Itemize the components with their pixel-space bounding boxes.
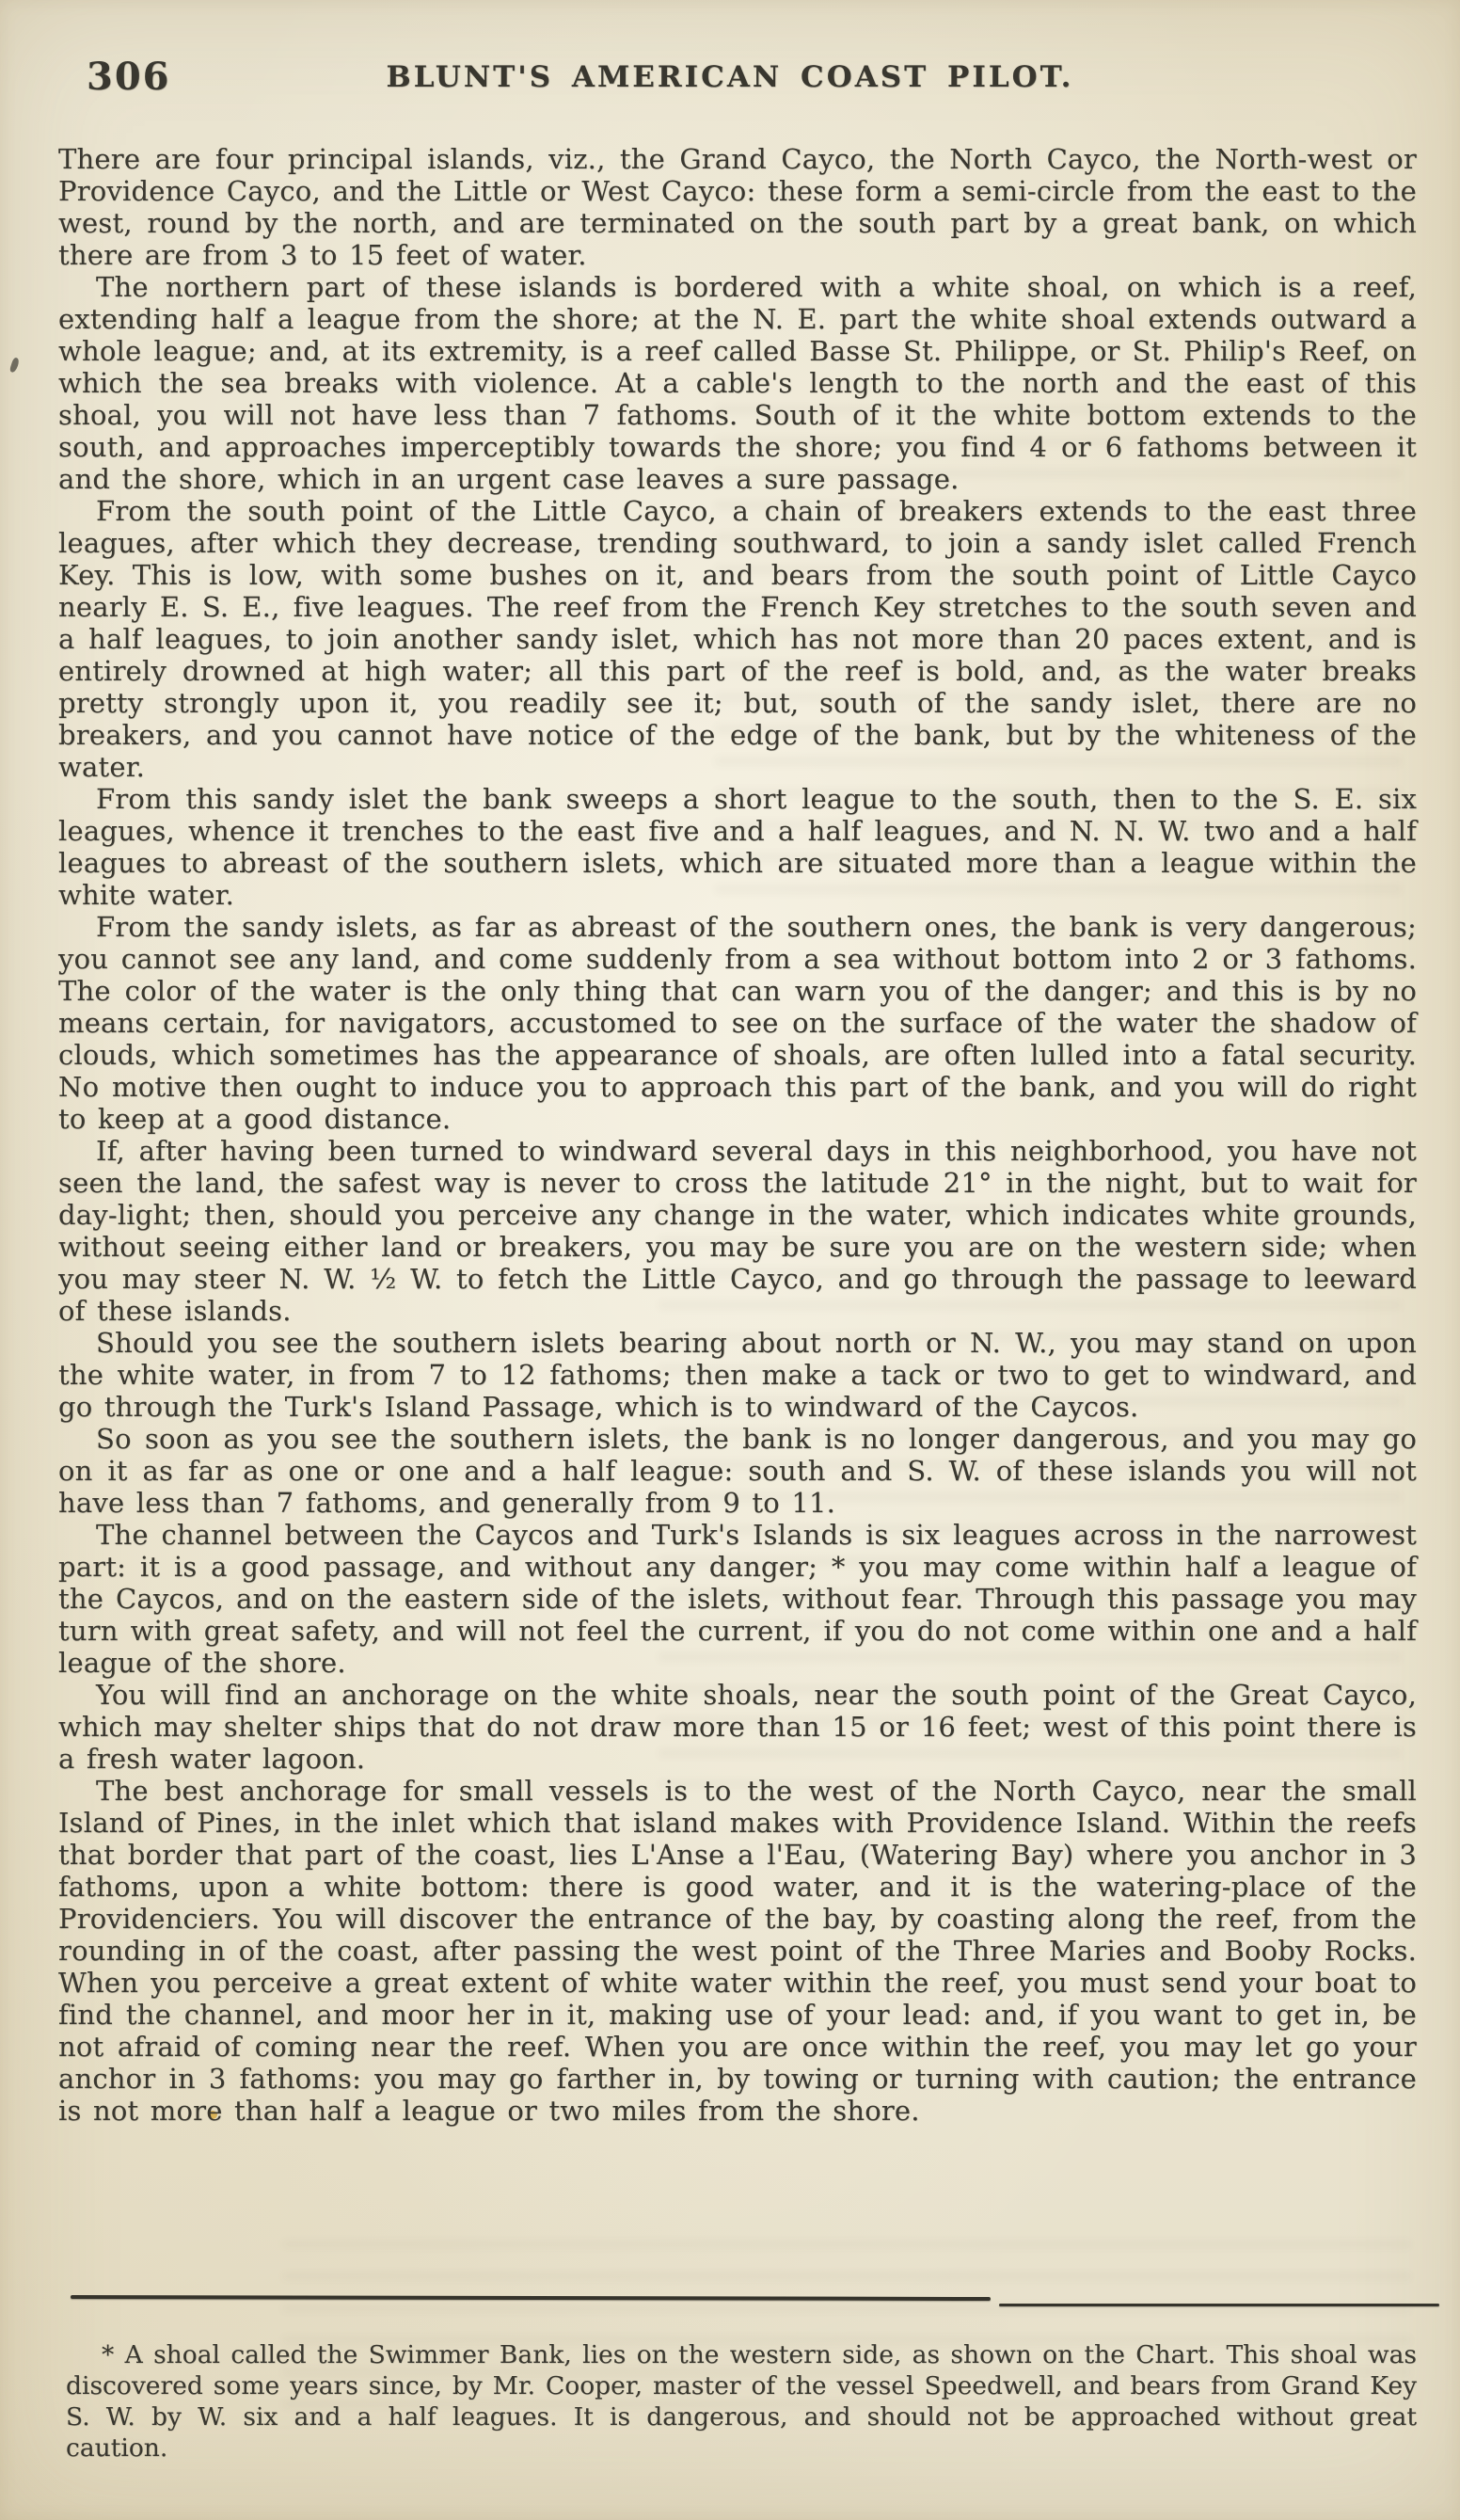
paragraph-3: From the south point of the Little Cayco… [58,495,1417,783]
paragraph-2: The northern part of these islands is bo… [58,271,1417,495]
paragraph-5: From the sandy islets, as far as abreast… [58,911,1417,1135]
footnote: * A shoal called the Swimmer Bank, lies … [66,2339,1417,2464]
paragraph-6: If, after having been turned to windward… [58,1135,1417,1327]
page-header: 306 BLUNT'S AMERICAN COAST PILOT. [0,55,1460,120]
paragraph-1: There are four principal islands, viz., … [58,143,1417,271]
margin-ink-mark [9,357,21,373]
paragraph-7: Should you see the southern islets beari… [58,1327,1417,1423]
running-title: BLUNT'S AMERICAN COAST PILOT. [0,60,1460,94]
book-page: 306 BLUNT'S AMERICAN COAST PILOT. There … [0,0,1460,2520]
paragraph-11: The best anchorage for small vessels is … [58,1775,1417,2127]
footnote-separator-right [999,2304,1439,2306]
paragraph-10: You will find an anchorage on the white … [58,1679,1417,1775]
page-text: There are four principal islands, viz., … [58,143,1417,2127]
paragraph-9: The channel between the Caycos and Turk'… [58,1519,1417,1679]
paragraph-4: From this sandy islet the bank sweeps a … [58,783,1417,911]
paragraph-8: So soon as you see the southern islets, … [58,1423,1417,1519]
